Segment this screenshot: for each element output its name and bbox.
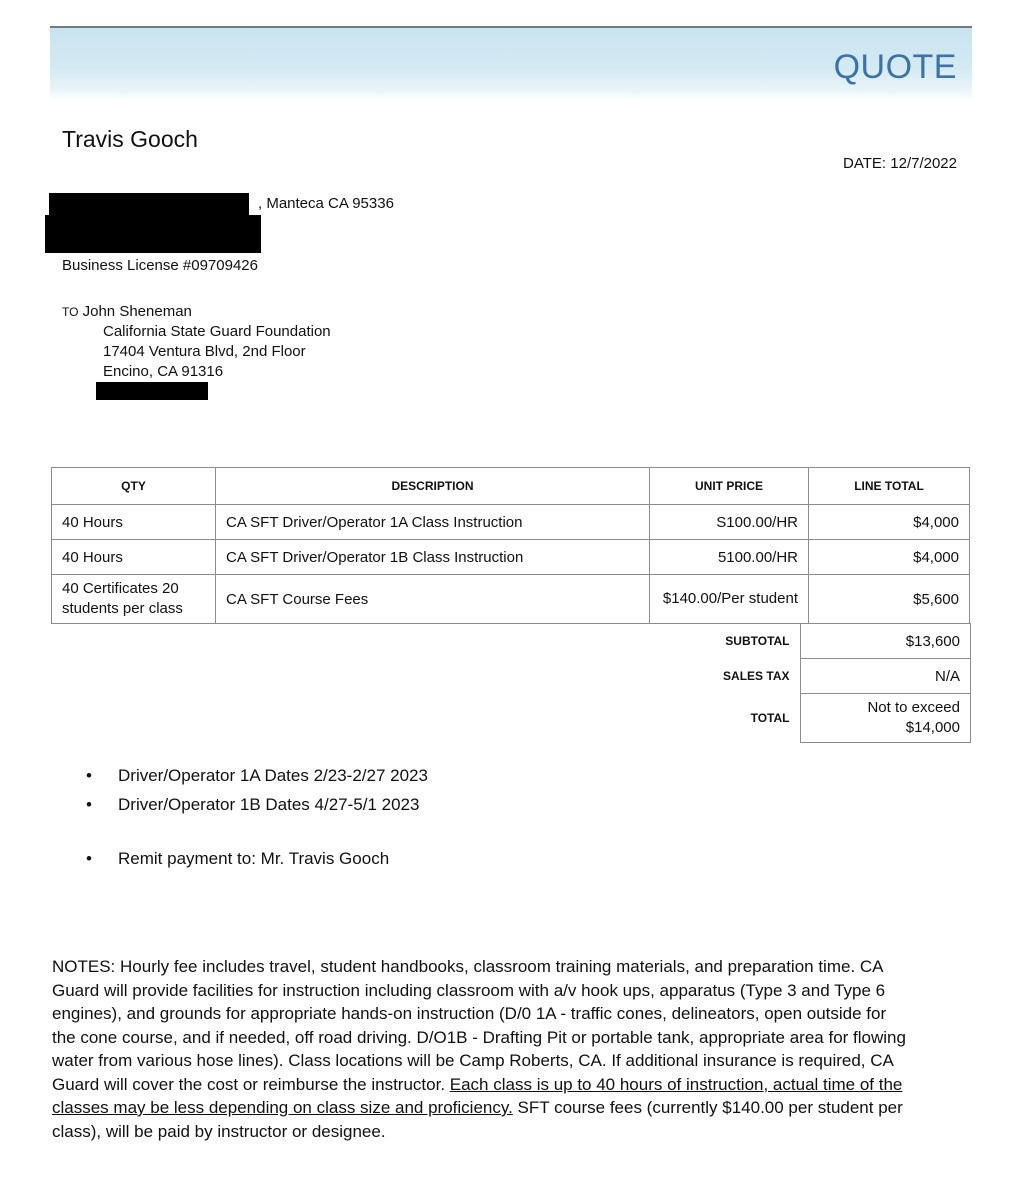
sales-tax-label: SALES TAX <box>640 659 800 694</box>
subtotal-row: SUBTOTAL $13,600 <box>640 624 971 659</box>
header-line-total: LINE TOTAL <box>809 468 970 505</box>
document-title: QUOTE <box>834 48 957 87</box>
to-label: TO <box>62 305 78 319</box>
subtotal-value: $13,600 <box>800 624 971 659</box>
unit-price-cell: S100.00/HR <box>650 505 809 540</box>
redaction-bar <box>96 382 208 400</box>
bullet-icon: • <box>86 795 118 815</box>
description-cell: CA SFT Driver/Operator 1A Class Instruct… <box>216 505 650 540</box>
business-license: Business License #09709426 <box>62 257 258 274</box>
header-qty: QTY <box>52 468 216 505</box>
qty-cell: 40 Hours <box>52 505 216 540</box>
recipient-city: Encino, CA 91316 <box>103 362 331 382</box>
notes-paragraph: NOTES: Hourly fee includes travel, stude… <box>52 955 912 1143</box>
qty-cell: 40 Certificates 20 students per class <box>52 575 216 624</box>
line-total-cell: $5,600 <box>809 575 970 624</box>
table-row: 40 Hours CA SFT Driver/Operator 1B Class… <box>52 540 970 575</box>
sales-tax-value: N/A <box>800 659 971 694</box>
redaction-bar <box>49 193 249 215</box>
recipient-street: 17404 Ventura Blvd, 2nd Floor <box>103 342 331 362</box>
list-item: •Remit payment to: Mr. Travis Gooch <box>86 849 389 869</box>
description-cell: CA SFT Course Fees <box>216 575 650 624</box>
description-cell: CA SFT Driver/Operator 1B Class Instruct… <box>216 540 650 575</box>
header-description: DESCRIPTION <box>216 468 650 505</box>
line-total-cell: $4,000 <box>809 540 970 575</box>
qty-cell: 40 Hours <box>52 540 216 575</box>
sales-tax-row: SALES TAX N/A <box>640 659 971 694</box>
sender-name: Travis Gooch <box>62 126 198 153</box>
totals-table: SUBTOTAL $13,600 SALES TAX N/A TOTAL Not… <box>640 623 971 743</box>
recipient-name: John Sheneman <box>83 303 192 320</box>
recipient-block: TO John Sheneman California State Guard … <box>62 302 331 382</box>
list-item: •Driver/Operator 1A Dates 2/23-2/27 2023 <box>86 766 428 786</box>
redaction-bar <box>45 215 261 253</box>
list-item-text: Driver/Operator 1A Dates 2/23-2/27 2023 <box>118 766 428 785</box>
unit-price-cell: $140.00/Per student <box>650 575 809 624</box>
header-unit-price: UNIT PRICE <box>650 468 809 505</box>
quote-date: DATE: 12/7/2022 <box>843 155 957 172</box>
notes-text: NOTES: Hourly fee includes travel, stude… <box>52 957 906 1094</box>
list-item: •Driver/Operator 1B Dates 4/27-5/1 2023 <box>86 795 419 815</box>
recipient-organization: California State Guard Foundation <box>103 322 331 342</box>
table-row: 40 Hours CA SFT Driver/Operator 1A Class… <box>52 505 970 540</box>
unit-price-cell: 5100.00/HR <box>650 540 809 575</box>
line-total-cell: $4,000 <box>809 505 970 540</box>
total-value: Not to exceed $14,000 <box>800 694 971 743</box>
line-items-table: QTY DESCRIPTION UNIT PRICE LINE TOTAL 40… <box>51 467 970 624</box>
total-label: TOTAL <box>640 694 800 743</box>
total-row: TOTAL Not to exceed $14,000 <box>640 694 971 743</box>
sender-address: , Manteca CA 95336 <box>258 195 394 212</box>
table-header-row: QTY DESCRIPTION UNIT PRICE LINE TOTAL <box>52 468 970 505</box>
list-item-text: Driver/Operator 1B Dates 4/27-5/1 2023 <box>118 795 419 814</box>
bullet-icon: • <box>86 849 118 869</box>
table-row: 40 Certificates 20 students per class CA… <box>52 575 970 624</box>
subtotal-label: SUBTOTAL <box>640 624 800 659</box>
list-item-text: Remit payment to: Mr. Travis Gooch <box>118 849 389 868</box>
bullet-icon: • <box>86 766 118 786</box>
